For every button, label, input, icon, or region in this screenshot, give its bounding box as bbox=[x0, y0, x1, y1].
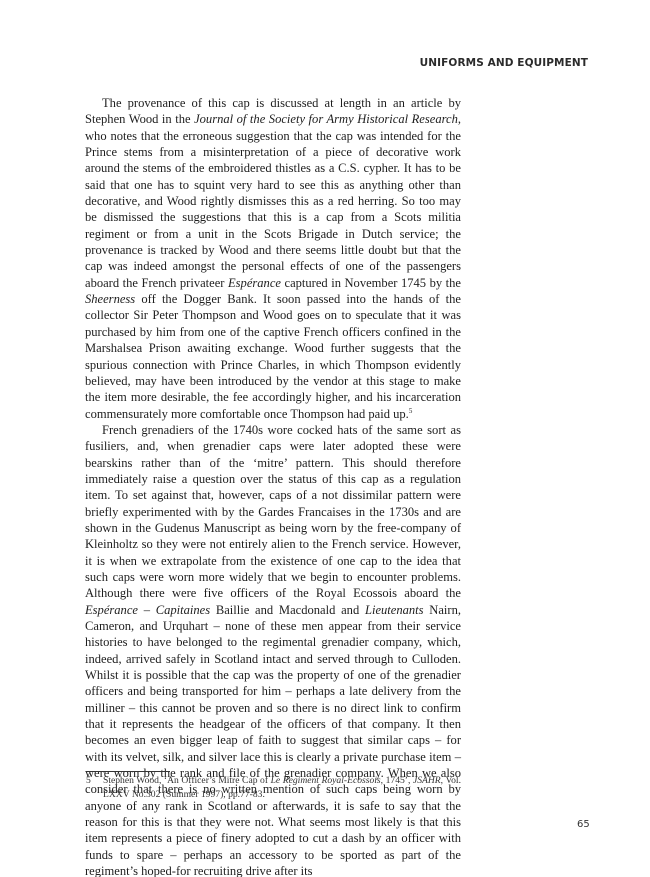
text-run: captured in November 1745 by the bbox=[281, 276, 461, 290]
text-run: off the Dogger Bank. It soon passed into… bbox=[85, 292, 461, 420]
italic-text: Le Regiment Royal-Ecossois bbox=[271, 775, 381, 786]
text-run: Nairn, Cameron, and Urquhart – none of t… bbox=[85, 603, 461, 877]
footnote-divider bbox=[86, 771, 170, 772]
italic-text: JSAHR bbox=[413, 775, 441, 786]
italic-text: Espérance – Capitaines bbox=[85, 603, 210, 617]
italic-text: Espérance bbox=[228, 276, 281, 290]
italic-text: Lieutenants bbox=[365, 603, 424, 617]
text-run: , who notes that the erroneous suggestio… bbox=[85, 112, 461, 289]
page-number: 65 bbox=[577, 819, 590, 830]
italic-text: Journal of the Society for Army Historic… bbox=[194, 112, 458, 126]
body-text: The provenance of this cap is discussed … bbox=[85, 95, 461, 877]
footnote-number: 5 bbox=[86, 774, 91, 788]
text-run: Baillie and Macdonald and bbox=[210, 603, 365, 617]
footnote: 5 Stephen Wood, ‘An Officer’s Mitre Cap … bbox=[86, 774, 461, 802]
italic-text: Sheerness bbox=[85, 292, 135, 306]
footnote-text: Stephen Wood, ‘An Officer’s Mitre Cap of… bbox=[103, 774, 461, 802]
text-run: French grenadiers of the 1740s wore cock… bbox=[85, 423, 461, 600]
text-run: Stephen Wood, ‘An Officer’s Mitre Cap of bbox=[103, 775, 271, 786]
text-run: , 1745’, bbox=[381, 775, 413, 786]
running-head: UNIFORMS AND EQUIPMENT bbox=[420, 57, 588, 69]
paragraph-french-grenadiers: French grenadiers of the 1740s wore cock… bbox=[85, 422, 461, 877]
paragraph-provenance: The provenance of this cap is discussed … bbox=[85, 95, 461, 422]
footnote-ref: 5 bbox=[409, 406, 413, 414]
